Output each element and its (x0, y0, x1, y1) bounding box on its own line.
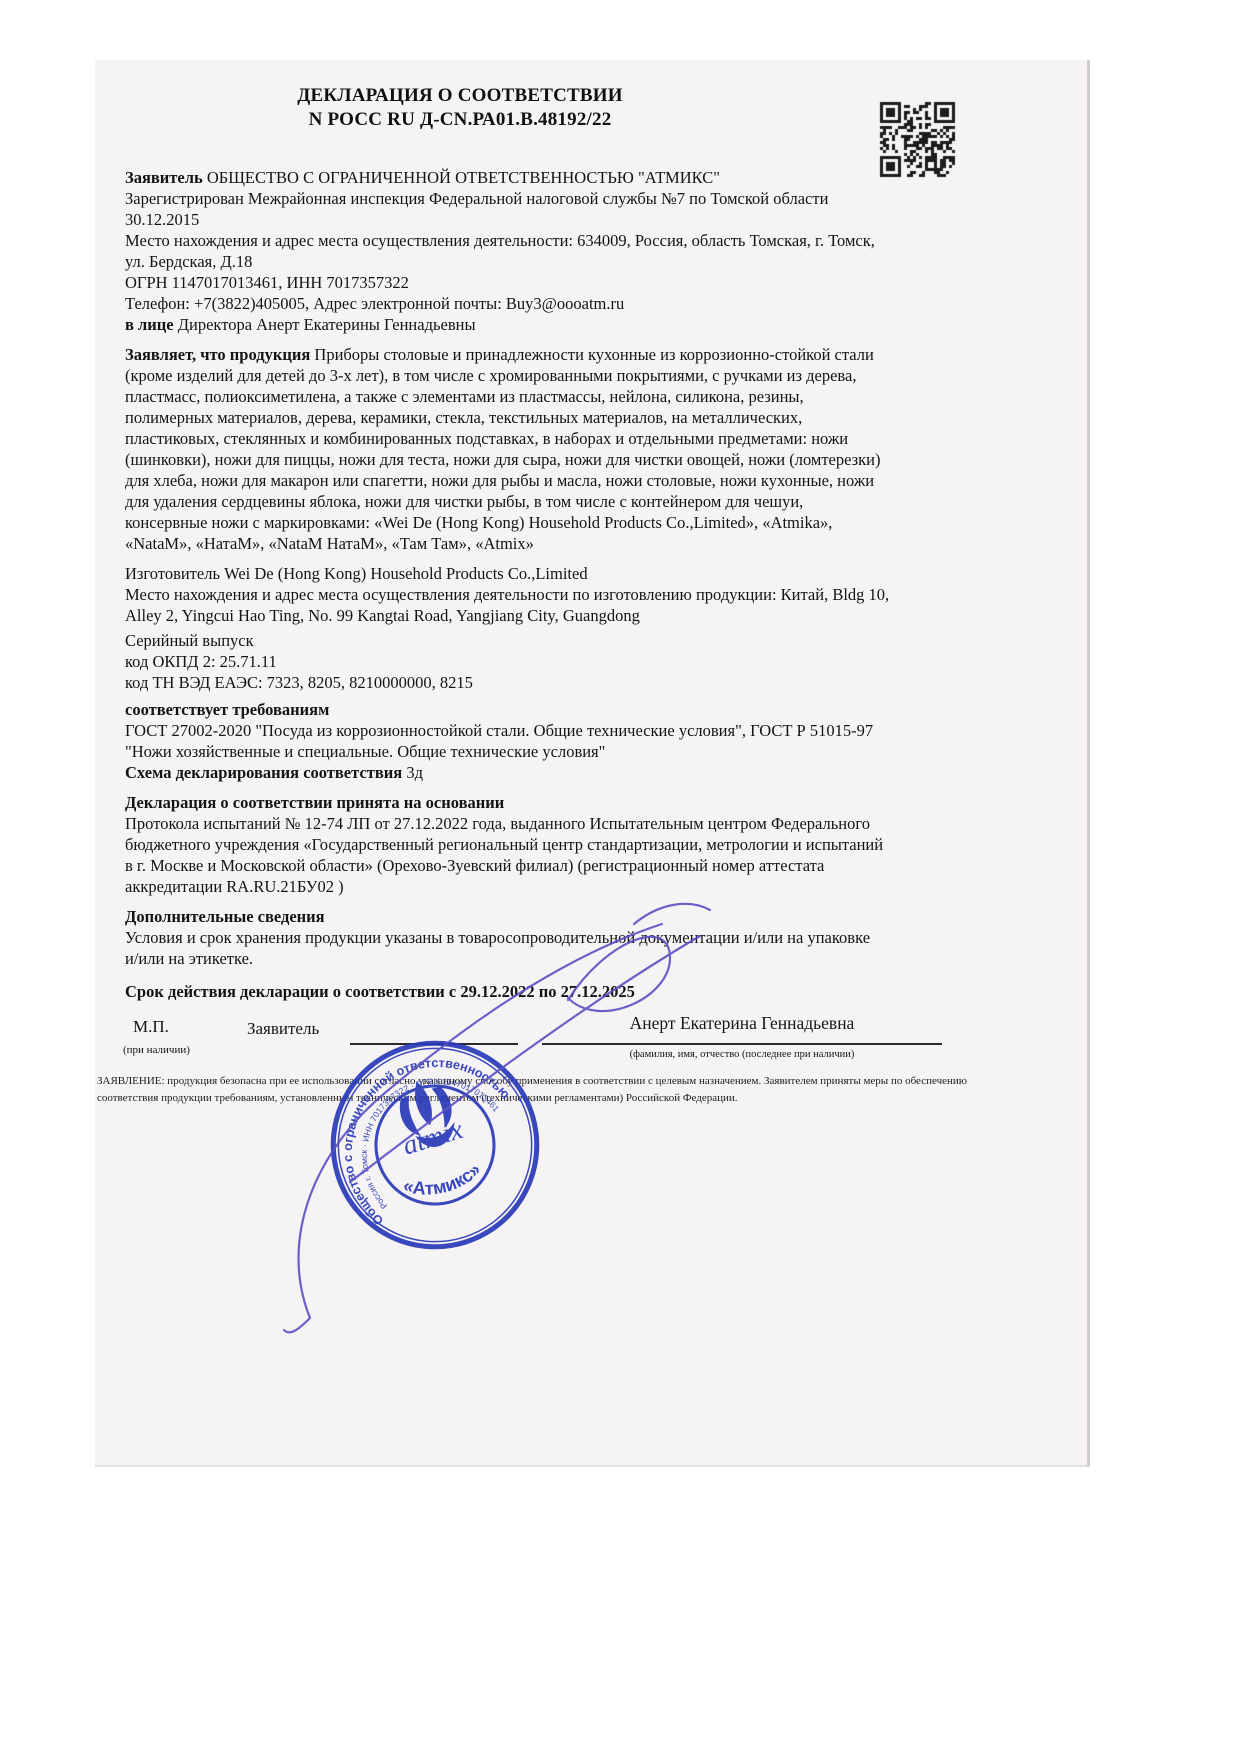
text-line: Изготовитель Wei De (Hong Kong) Househol… (125, 563, 980, 584)
text-line: Заявитель ОБЩЕСТВО С ОГРАНИЧЕННОЙ ОТВЕТС… (125, 167, 980, 188)
section: Заявляет, что продукция Приборы столовые… (125, 344, 980, 554)
text-line: Декларация о соответствии принята на осн… (125, 792, 980, 813)
text-line: Зарегистрирован Межрайонная инспекция Фе… (125, 188, 980, 209)
section: соответствует требованиямГОСТ 27002-2020… (125, 699, 980, 783)
text-line: "Ножи хозяйственные и специальные. Общие… (125, 741, 980, 762)
text-line: и/или на этикетке. (125, 948, 980, 969)
text-line: полимерных материалов, дерева, керамики,… (125, 407, 980, 428)
text-line: Место нахождения и адрес места осуществл… (125, 584, 980, 605)
section: Дополнительные сведенияУсловия и срок хр… (125, 906, 980, 969)
text-line: Телефон: +7(3822)405005, Адрес электронн… (125, 293, 980, 314)
text-line: пластиковых, стеклянных и комбинированны… (125, 428, 980, 449)
document-title-line2: N РОСС RU Д-CN.РА01.В.48192/22 (95, 108, 825, 132)
section: Изготовитель Wei De (Hong Kong) Househol… (125, 563, 980, 626)
text-line: Протокола испытаний № 12-74 ЛП от 27.12.… (125, 813, 980, 834)
text-line: Схема декларирования соответствия 3д (125, 762, 980, 783)
text-line: в лице Директора Анерт Екатерины Геннадь… (125, 314, 980, 335)
text-line: код ОКПД 2: 25.71.11 (125, 651, 980, 672)
text-line: Заявляет, что продукция Приборы столовые… (125, 344, 980, 365)
document-body: Заявитель ОБЩЕСТВО С ОГРАНИЧЕННОЙ ОТВЕТС… (125, 167, 980, 1002)
text-line: бюджетного учреждения «Государственный р… (125, 834, 980, 855)
applicant-label: Заявитель (247, 1019, 319, 1039)
text-line: для удаления сердцевины яблока, ножи для… (125, 491, 980, 512)
text-line: Серийный выпуск (125, 630, 980, 651)
text-line: соответствует требованиям (125, 699, 980, 720)
signature-line (350, 1043, 518, 1045)
section: Заявитель ОБЩЕСТВО С ОГРАНИЧЕННОЙ ОТВЕТС… (125, 167, 980, 335)
text-line: 30.12.2015 (125, 209, 980, 230)
fine-print-line2: соответствия продукции требованиям, уста… (97, 1090, 967, 1107)
text-line: для хлеба, ножи для макарон или спагетти… (125, 470, 980, 491)
text-line: ГОСТ 27002-2020 "Посуда из коррозионност… (125, 720, 980, 741)
document-title: ДЕКЛАРАЦИЯ О СООТВЕТСТВИИ N РОСС RU Д-CN… (95, 84, 825, 132)
text-line: Дополнительные сведения (125, 906, 980, 927)
signer-name: Анерт Екатерина Геннадьевна (542, 1013, 942, 1034)
section: Декларация о соответствии принята на осн… (125, 792, 980, 897)
statement-fine-print: ЗАЯВЛЕНИЕ: продукция безопасна при ее ис… (97, 1073, 967, 1106)
text-line: пластмасс, полиоксиметилена, а также с э… (125, 386, 980, 407)
fine-print-line1: ЗАЯВЛЕНИЕ: продукция безопасна при ее ис… (97, 1073, 967, 1090)
stamp-place-note: (при наличии) (123, 1044, 190, 1056)
scanned-declaration-page: { "document": { "title_line1": "ДЕКЛАРАЦ… (0, 0, 1241, 1755)
name-line (542, 1043, 942, 1045)
text-line: ОГРН 1147017013461, ИНН 7017357322 (125, 272, 980, 293)
stamp-place-label: М.П. (133, 1017, 169, 1037)
text-line: ул. Бердская, Д.18 (125, 251, 980, 272)
text-line: в г. Москве и Московской области» (Орехо… (125, 855, 980, 876)
text-line: Условия и срок хранения продукции указан… (125, 927, 980, 948)
text-line: Место нахождения и адрес места осуществл… (125, 230, 980, 251)
text-line: Срок действия декларации о соответствии … (125, 981, 980, 1002)
signer-name-note: (фамилия, имя, отчество (последнее при н… (542, 1049, 942, 1060)
text-line: код ТН ВЭД ЕАЭС: 7323, 8205, 8210000000,… (125, 672, 980, 693)
text-line: консервные ножи с маркировками: «Wei De … (125, 512, 980, 533)
text-line: аккредитации RA.RU.21БУ02 ) (125, 876, 980, 897)
text-line: (кроме изделий для детей до 3-х лет), в … (125, 365, 980, 386)
text-line: Alley 2, Yingcui Hao Ting, No. 99 Kangta… (125, 605, 980, 626)
text-line: «NataM», «НатаМ», «NataM НатаМ», «Там Та… (125, 533, 980, 554)
section: Серийный выпусккод ОКПД 2: 25.71.11код Т… (125, 630, 980, 693)
section: Срок действия декларации о соответствии … (125, 981, 980, 1002)
document-title-line1: ДЕКЛАРАЦИЯ О СООТВЕТСТВИИ (95, 84, 825, 108)
text-line: (шинковки), ножи для пиццы, ножи для тес… (125, 449, 980, 470)
